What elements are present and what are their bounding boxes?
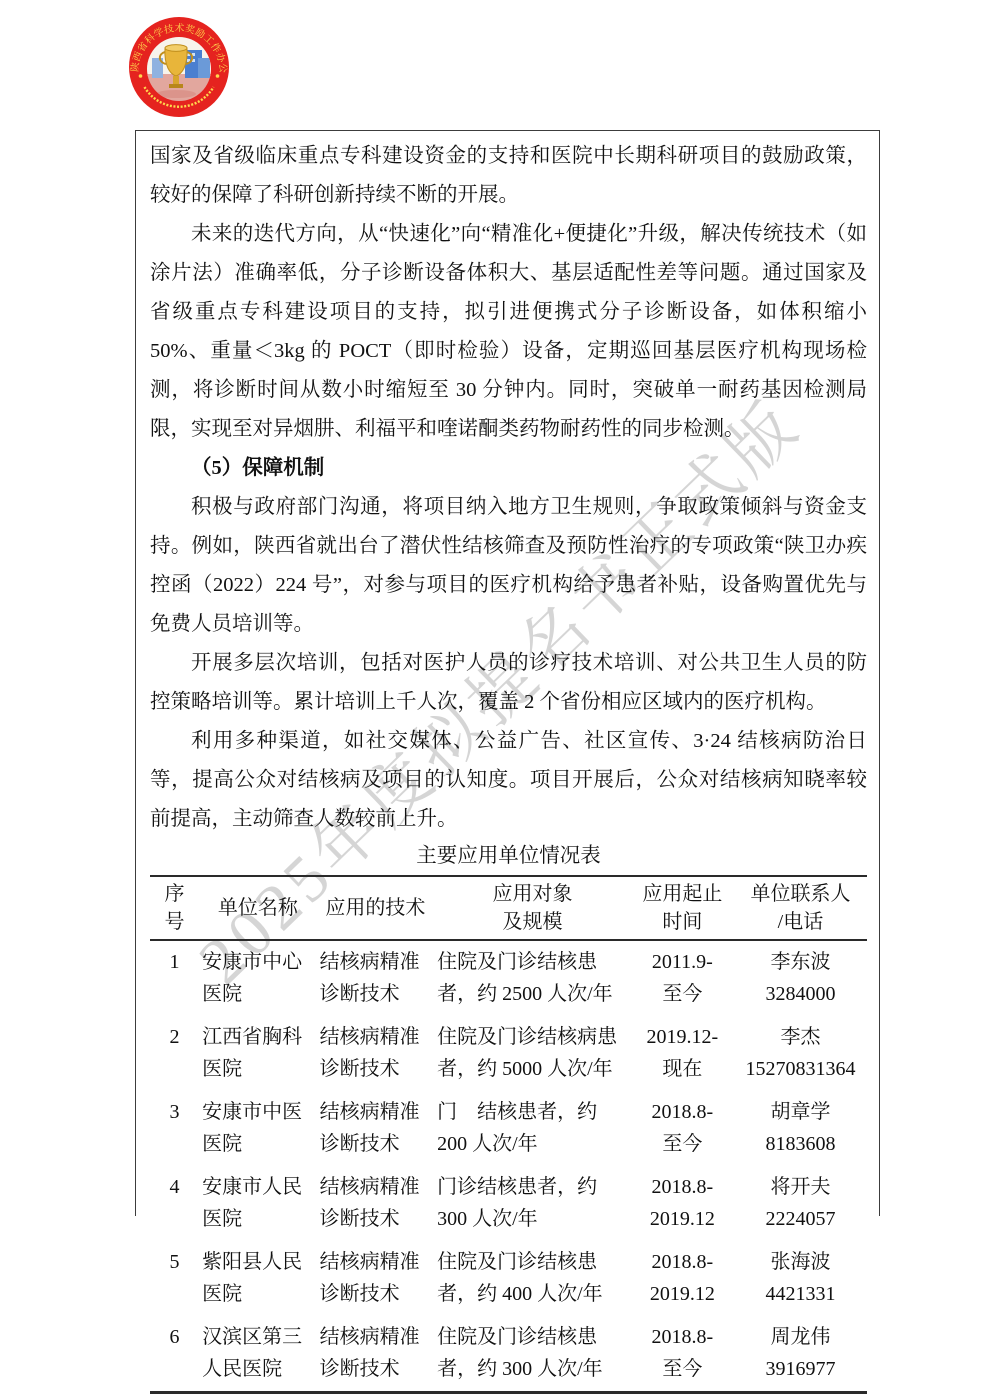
cell-period: 2018.8- 2019.12	[631, 1241, 734, 1316]
cell-target: 住院及门诊结核病患者，约 5000 人次/年	[434, 1016, 631, 1091]
cell-tech: 结核病精准诊断技术	[317, 940, 435, 1016]
header-row: 序 号 单位名称 应用的技术 应用对象 及规模 应用起止 时间 单位联系人 /电…	[150, 876, 867, 940]
col-header-contact: 单位联系人 /电话	[734, 876, 867, 940]
col-header-index: 序 号	[150, 876, 199, 940]
col-header-period: 应用起止 时间	[631, 876, 734, 940]
form-content-cell: 国家及省级临床重点专科建设资金的支持和医院中长期科研项目的鼓励政策，较好的保障了…	[135, 130, 880, 1216]
table-row: 1 安康市中心医院 结核病精准诊断技术 住院及门诊结核患者，约 2500 人次/…	[150, 940, 867, 1016]
cell-tech: 结核病精准诊断技术	[317, 1091, 435, 1166]
cell-period: 2011.9- 至今	[631, 940, 734, 1016]
paragraph-funding-policy: 国家及省级临床重点专科建设资金的支持和医院中长期科研项目的鼓励政策，较好的保障了…	[150, 137, 867, 215]
table-caption: 主要应用单位情况表	[150, 841, 867, 871]
table-header: 序 号 单位名称 应用的技术 应用对象 及规模 应用起止 时间 单位联系人 /电…	[150, 876, 867, 940]
cell-contact: 将开夫 2224057	[734, 1166, 867, 1241]
org-seal-logo: 陕西省科学技术奖励工作办公室	[128, 16, 230, 118]
cell-period: 2018.8- 至今	[631, 1091, 734, 1166]
cell-contact: 李东波 3284000	[734, 940, 867, 1016]
cell-index: 4	[150, 1166, 199, 1241]
application-units-table: 序 号 单位名称 应用的技术 应用对象 及规模 应用起止 时间 单位联系人 /电…	[150, 875, 867, 1394]
paragraph-training: 开展多层次培训，包括对医护人员的诊疗技术培训、对公共卫生人员的防控策略培训等。累…	[150, 644, 867, 722]
cell-tech: 结核病精准诊断技术	[317, 1016, 435, 1091]
cell-tech: 结核病精准诊断技术	[317, 1316, 435, 1393]
cell-index: 1	[150, 940, 199, 1016]
table-body: 1 安康市中心医院 结核病精准诊断技术 住院及门诊结核患者，约 2500 人次/…	[150, 940, 867, 1393]
cell-contact: 李杰 15270831364	[734, 1016, 867, 1091]
cell-unit: 汉滨区第三人民医院	[199, 1316, 317, 1393]
table-row: 4 安康市人民医院 结核病精准诊断技术 门诊结核患者，约 300 人次/年 20…	[150, 1166, 867, 1241]
col-header-target: 应用对象 及规模	[434, 876, 631, 940]
cell-tech: 结核病精准诊断技术	[317, 1166, 435, 1241]
cell-unit: 安康市人民医院	[199, 1166, 317, 1241]
cell-contact: 胡章学 8183608	[734, 1091, 867, 1166]
paragraph-publicity: 利用多种渠道，如社交媒体、公益广告、社区宣传、3·24 结核病防治日等，提高公众…	[150, 722, 867, 839]
document-page: 2025年度拟提名书正式版	[0, 0, 990, 1399]
cell-unit: 安康市中医医院	[199, 1091, 317, 1166]
col-header-unit: 单位名称	[199, 876, 317, 940]
table-row: 5 紫阳县人民医院 结核病精准诊断技术 住院及门诊结核患者，约 400 人次/年…	[150, 1241, 867, 1316]
cell-contact: 周龙伟 3916977	[734, 1316, 867, 1393]
cell-index: 6	[150, 1316, 199, 1393]
col-header-tech: 应用的技术	[317, 876, 435, 940]
cell-period: 2018.8- 2019.12	[631, 1166, 734, 1241]
cell-target: 住院及门诊结核患者，约 2500 人次/年	[434, 940, 631, 1016]
cell-index: 2	[150, 1016, 199, 1091]
cell-target: 住院及门诊结核患者，约 400 人次/年	[434, 1241, 631, 1316]
cell-unit: 紫阳县人民医院	[199, 1241, 317, 1316]
table-row: 6 汉滨区第三人民医院 结核病精准诊断技术 住院及门诊结核患者，约 300 人次…	[150, 1316, 867, 1393]
cell-tech: 结核病精准诊断技术	[317, 1241, 435, 1316]
seal-icon: 陕西省科学技术奖励工作办公室	[128, 16, 230, 118]
cell-period: 2019.12- 现在	[631, 1016, 734, 1091]
section-heading-guarantee: （5）保障机制	[150, 449, 867, 488]
cell-period: 2018.8- 至今	[631, 1316, 734, 1393]
paragraph-government-policy: 积极与政府部门沟通，将项目纳入地方卫生规则，争取政策倾斜与资金支持。例如，陕西省…	[150, 488, 867, 644]
cell-target: 门 结核患者，约 200 人次/年	[434, 1091, 631, 1166]
cell-index: 3	[150, 1091, 199, 1166]
cell-target: 住院及门诊结核患者，约 300 人次/年	[434, 1316, 631, 1393]
table-row: 3 安康市中医医院 结核病精准诊断技术 门 结核患者，约 200 人次/年 20…	[150, 1091, 867, 1166]
cell-unit: 安康市中心医院	[199, 940, 317, 1016]
paragraph-future-direction: 未来的迭代方向，从“快速化”向“精准化+便捷化”升级，解决传统技术（如涂片法）准…	[150, 215, 867, 449]
cell-unit: 江西省胸科医院	[199, 1016, 317, 1091]
cell-index: 5	[150, 1241, 199, 1316]
cell-contact: 张海波 4421331	[734, 1241, 867, 1316]
cell-target: 门诊结核患者，约 300 人次/年	[434, 1166, 631, 1241]
table-row: 2 江西省胸科医院 结核病精准诊断技术 住院及门诊结核病患者，约 5000 人次…	[150, 1016, 867, 1091]
